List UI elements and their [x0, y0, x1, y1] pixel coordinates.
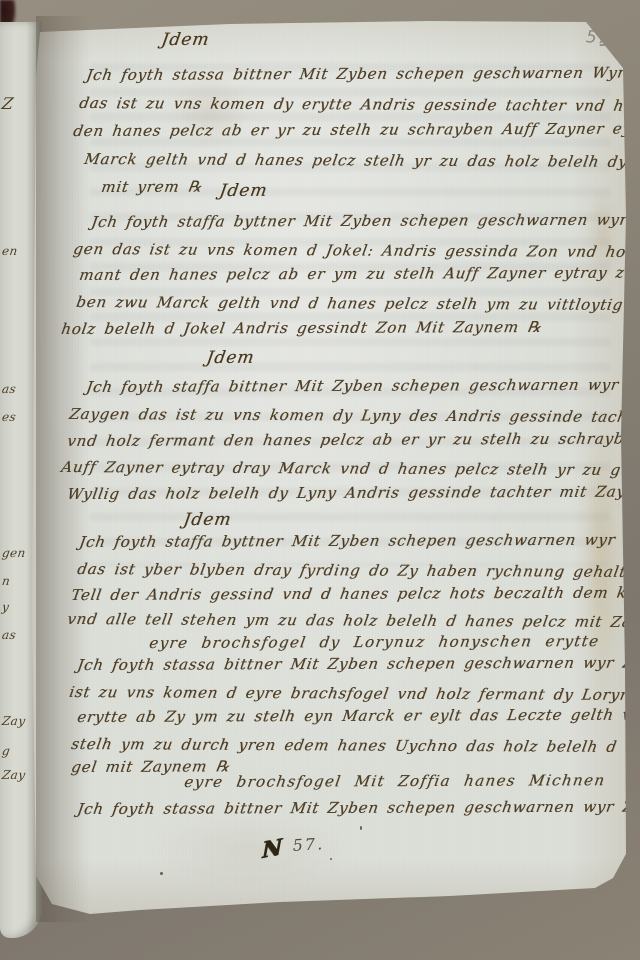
text-line: stelh ym zu durch yren edem hanes Uychno… [70, 735, 640, 757]
marginal-fragment: as [1, 382, 17, 396]
paraph-mark: N [262, 834, 282, 864]
text-line: mit yrem ℞ [100, 178, 204, 196]
heading-idem: Jdem [205, 348, 256, 368]
text-line: Wyllig das holz belelh dy Lyny Andris ge… [66, 482, 640, 503]
heading-idem: Jdem [182, 510, 233, 530]
text-line: Tell der Andris gessind vnd d hanes pelc… [70, 583, 640, 604]
text-line: erytte ab Zy ym zu stelh eyn Marck er ey… [76, 705, 640, 726]
ink-speck [160, 872, 163, 875]
heading-idem: Jdem [218, 181, 269, 201]
text-line: Jch foyth staffa byttner Mit Zyben schep… [78, 530, 640, 551]
text-line: Jch foyth stassa bittner Mit Zyben schep… [76, 653, 640, 674]
text-line: Jch foyth stassa bittner Mit Zyben schep… [76, 797, 640, 818]
text-line: Zaygen das ist zu vns komen dy Lyny des … [68, 405, 640, 426]
marginal-fragment: Zay [1, 768, 26, 782]
marginal-fragment: n [1, 574, 11, 588]
ink-speck [360, 826, 362, 830]
text-line: Jch foyth staffa byttner Mit Zyben schep… [90, 210, 640, 231]
caption-line: eyre brochsfogel dy Lorynuz honyschen er… [148, 632, 601, 652]
marginal-fragment: y [1, 600, 10, 614]
text-line: Jch foyth stassa bittner Mit Zyben schep… [85, 63, 640, 84]
ink-speck [330, 858, 332, 860]
text-line: gen das ist zu vns komen d Jokel: Andris… [72, 240, 640, 261]
folio-number-bottom-value: 57. [292, 834, 324, 855]
text-line: vnd alle tell stehen ym zu das holz bele… [66, 610, 640, 631]
folio-number-bottom: N 57. [262, 836, 325, 862]
marginal-fragment: g [1, 744, 11, 758]
text-line: mant den hanes pelcz ab er ym zu stelh A… [78, 263, 640, 284]
text-line: ist zu vns komen d eyre brachsfogel vnd … [68, 683, 640, 705]
caption-line: eyre brochsfogel Mit Zoffia hanes Michne… [183, 771, 607, 791]
marginal-fragment: en [1, 244, 19, 258]
text-line: Auff Zayner eytray dray Marck vnd d hane… [60, 458, 640, 479]
marginal-fragment: as [1, 628, 17, 642]
text-line: vnd holz fermant den hanes pelcz ab er y… [66, 429, 640, 450]
marginal-fragment: es [1, 410, 17, 424]
manuscript-page: 57 Jdem Jch foyth stassa bittner Mit Zyb… [30, 16, 630, 922]
marginal-fragment: gen [1, 546, 27, 560]
text-line: holz belelh d Jokel Andris gessindt Zon … [60, 318, 543, 338]
text-line: Marck gelth vnd d hanes pelcz stelh yr z… [83, 150, 640, 171]
text-line: das ist yber blyben dray fyrding do Zy h… [76, 560, 640, 581]
text-line: Jch foyth staffa bittner Mit Zyben schep… [85, 376, 620, 396]
marginal-fragment: Zay [1, 714, 26, 728]
text-line: das ist zu vns komen dy erytte Andris ge… [78, 94, 640, 115]
text-line: ben zwu Marck gelth vnd d hanes pelcz st… [75, 293, 640, 314]
marginal-fragment: Z [1, 94, 15, 113]
photograph-of-manuscript: Z en as es gen n y as Zay g Zay 57 Jdem … [0, 0, 640, 960]
text-line: den hanes pelcz ab er yr zu stelh zu sch… [72, 119, 640, 140]
folio-number-top: 57 [585, 27, 610, 49]
heading-idem: Jdem [160, 30, 211, 50]
